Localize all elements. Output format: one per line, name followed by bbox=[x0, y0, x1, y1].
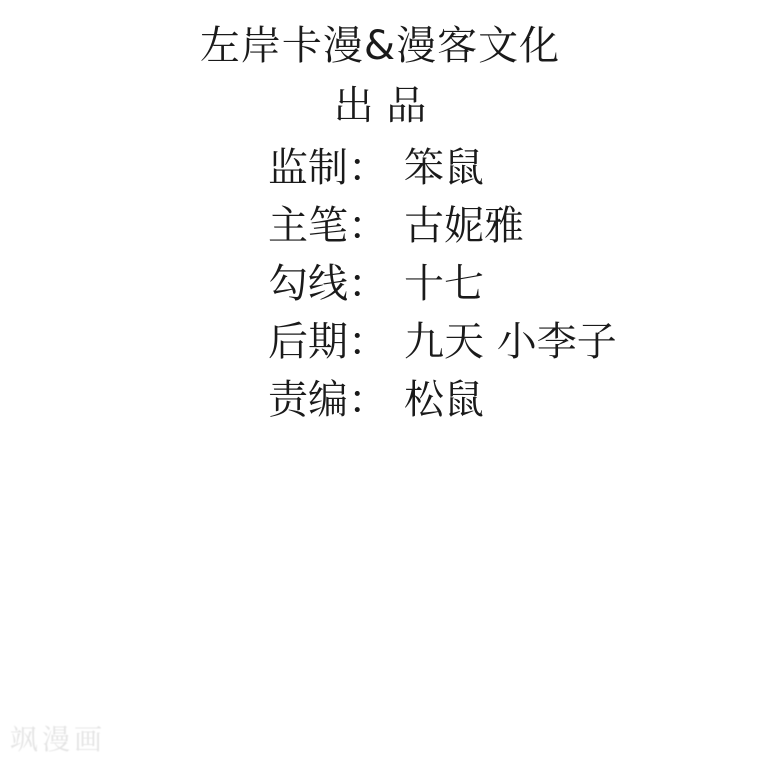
credit-separator: ： bbox=[348, 310, 404, 367]
publisher-title: 左岸卡漫&漫客文化 bbox=[0, 20, 760, 72]
credit-name: 笨鼠 bbox=[404, 136, 484, 193]
comic-credits-page: 左岸卡漫&漫客文化 出 品 监制 ： 笨鼠 主笔 ： 古妮雅 勾线 ： 十七 后… bbox=[0, 0, 760, 765]
credit-role: 勾线 bbox=[268, 252, 348, 309]
produced-by-label: 出 品 bbox=[0, 80, 760, 132]
credit-row-post-production: 后期 ： 九天 小李子 bbox=[268, 309, 617, 367]
credits-list: 监制 ： 笨鼠 主笔 ： 古妮雅 勾线 ： 十七 后期 ： 九天 小李子 责编 … bbox=[268, 135, 617, 425]
credit-separator: ： bbox=[348, 252, 404, 309]
credit-separator: ： bbox=[348, 368, 404, 425]
credit-separator: ： bbox=[348, 194, 404, 251]
credit-row-lead-artist: 主笔 ： 古妮雅 bbox=[268, 193, 617, 251]
site-watermark: 飒漫画 bbox=[10, 718, 106, 758]
credit-name: 九天 小李子 bbox=[404, 310, 617, 367]
credit-role: 后期 bbox=[268, 310, 348, 367]
credit-role: 责编 bbox=[268, 368, 348, 425]
credit-name: 古妮雅 bbox=[404, 194, 524, 251]
credit-row-supervisor: 监制 ： 笨鼠 bbox=[268, 135, 617, 193]
credit-row-line-art: 勾线 ： 十七 bbox=[268, 251, 617, 309]
credit-name: 十七 bbox=[404, 252, 484, 309]
credit-row-editor: 责编 ： 松鼠 bbox=[268, 367, 617, 425]
credit-name: 松鼠 bbox=[404, 368, 484, 425]
credit-separator: ： bbox=[348, 136, 404, 193]
credit-role: 监制 bbox=[268, 136, 348, 193]
credit-role: 主笔 bbox=[268, 194, 348, 251]
